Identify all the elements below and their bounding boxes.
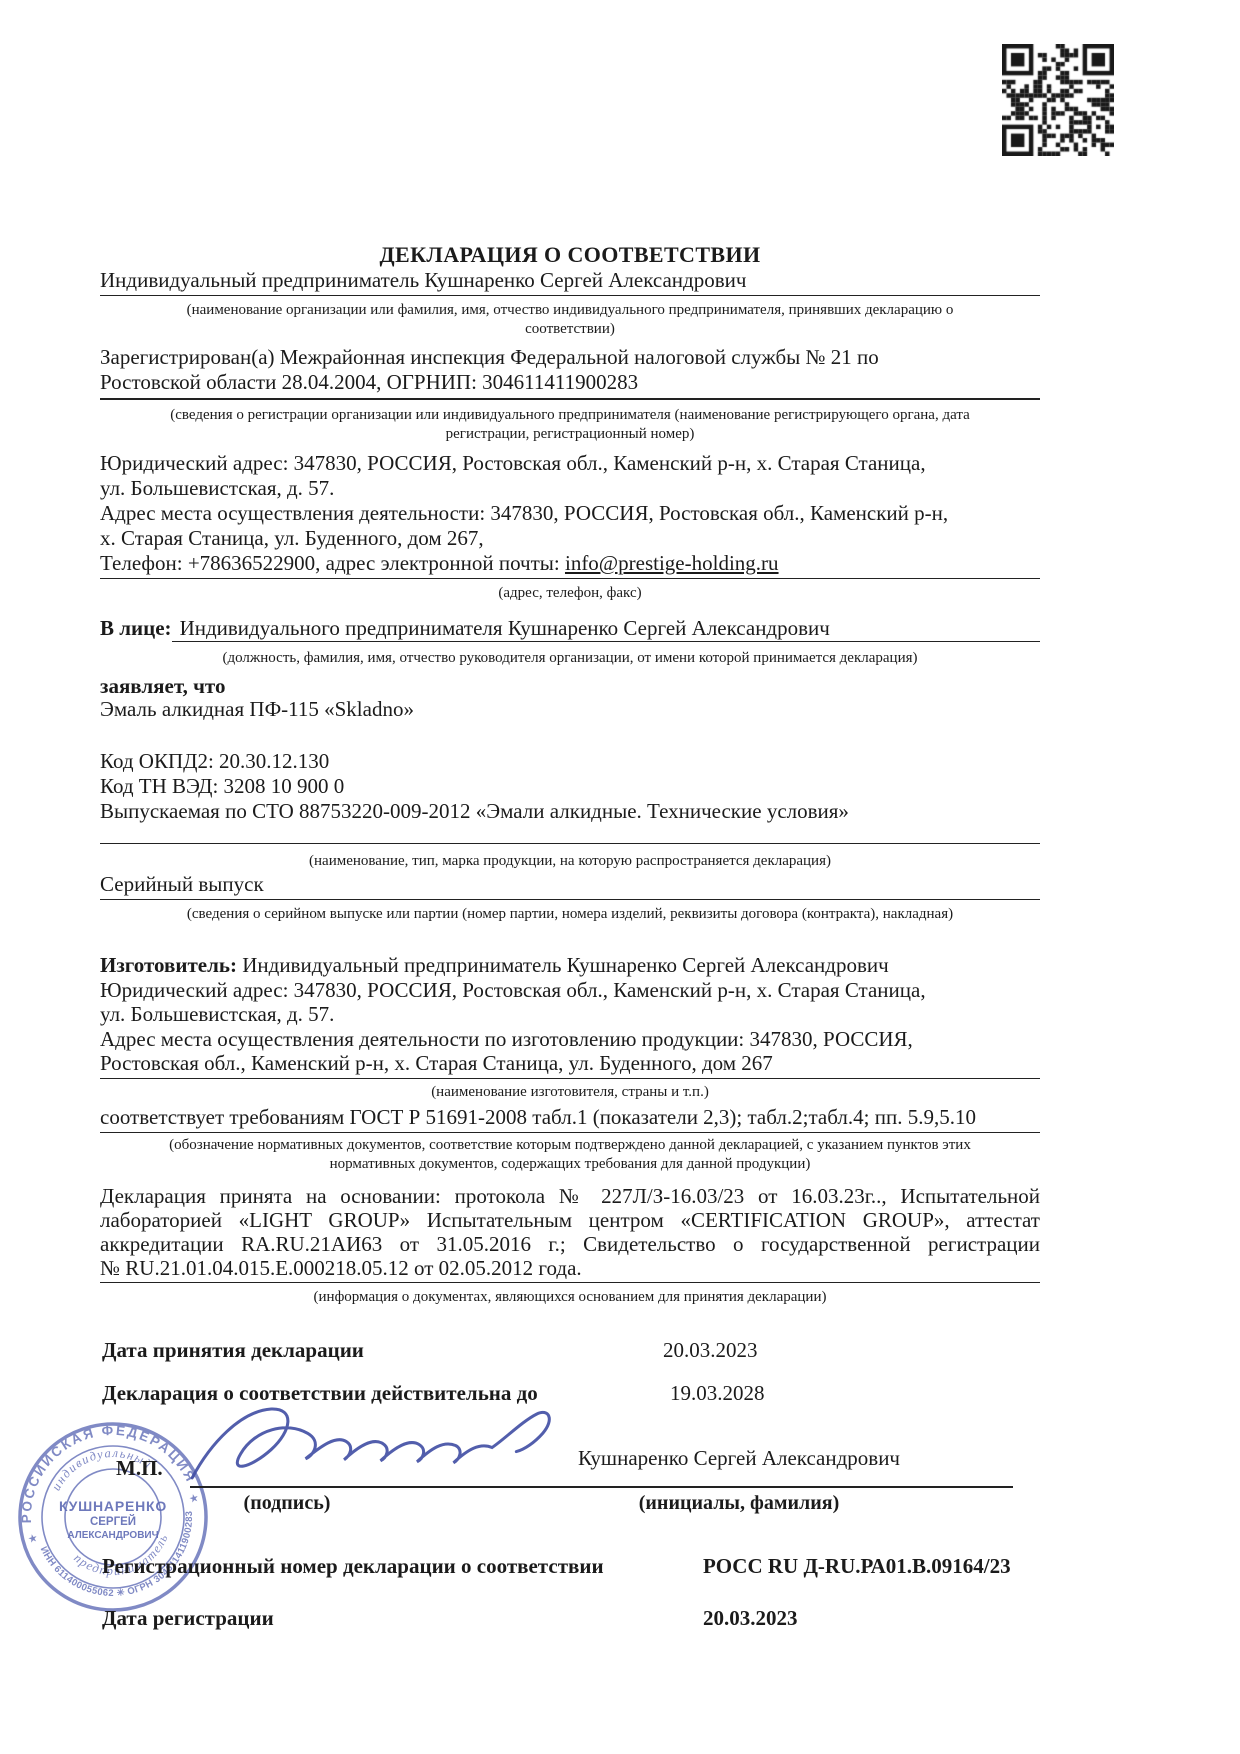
representative-line: В лице: Индивидуального предпринимателя … — [100, 616, 1040, 642]
declaration-document: ДЕКЛАРАЦИЯ О СООТВЕТСТВИИ Индивидуальный… — [0, 0, 1240, 1754]
declares-lead: заявляет, что — [100, 674, 1040, 699]
blank-field-rule — [100, 843, 1040, 844]
representative-label: В лице: — [100, 616, 172, 641]
product-name: Эмаль алкидная ПФ-115 «Skladno» — [100, 697, 1040, 722]
tnved-code: Код ТН ВЭД: 3208 10 900 0 — [100, 774, 1040, 799]
basis-caption: (информация о документах, являющихся осн… — [100, 1288, 1040, 1307]
signature-caption: (подпись) — [192, 1492, 382, 1515]
signer-name-line — [465, 1486, 1013, 1488]
conformity-requirements: соответствует требованиям ГОСТ Р 51691-2… — [100, 1105, 1040, 1133]
representative-caption: (должность, фамилия, имя, отчество руков… — [100, 649, 1040, 668]
registration-date-label: Дата регистрации — [102, 1606, 274, 1631]
email-address: info@prestige-holding.ru — [565, 551, 779, 575]
document-title: ДЕКЛАРАЦИЯ О СООТВЕТСТВИИ — [100, 242, 1040, 268]
sto-line: Выпускаемая по СТО 88753220-009-2012 «Эм… — [100, 799, 1040, 824]
adoption-date-value: 20.03.2023 — [663, 1338, 758, 1363]
registration-number-value: РОСС RU Д-RU.РА01.В.09164/23 — [703, 1554, 1011, 1579]
qr-code — [1002, 44, 1114, 156]
registration-number-label: Регистрационный номер декларации о соотв… — [102, 1554, 604, 1579]
manufacturer-block: Изготовитель: Индивидуальный предпринима… — [100, 953, 1040, 1079]
okpd2-code: Код ОКПД2: 20.30.12.130 — [100, 749, 1040, 774]
signature-image — [182, 1396, 567, 1494]
mp-mark: М.П. — [116, 1456, 163, 1481]
declaration-basis: Декларация принята на основании: протоко… — [100, 1184, 1040, 1283]
serial-release: Серийный выпуск — [100, 872, 1040, 900]
serial-caption: (сведения о серийном выпуске или партии … — [100, 905, 1040, 924]
representative-value: Индивидуального предпринимателя Кушнарен… — [172, 616, 1040, 642]
stamp-center-firstname: СЕРГЕЙ — [90, 1515, 136, 1528]
registration-info: Зарегистрирован(а) Межрайонная инспекция… — [100, 345, 1040, 400]
declarant-addresses: Юридический адрес: 347830, РОССИЯ, Росто… — [100, 451, 1040, 551]
requirements-caption: (обозначение нормативных документов, соо… — [100, 1136, 1040, 1174]
product-codes: Код ОКПД2: 20.30.12.130 Код ТН ВЭД: 3208… — [100, 749, 1040, 824]
stamp-center-surname: КУШНАРЕНКО — [59, 1498, 167, 1514]
valid-until-value: 19.03.2028 — [670, 1381, 765, 1406]
product-caption: (наименование, тип, марка продукции, на … — [100, 852, 1040, 871]
stamp-star-left: ★ — [27, 1532, 40, 1546]
registration-date-value: 20.03.2023 — [703, 1606, 798, 1631]
declarant-name: Индивидуальный предприниматель Кушнаренк… — [100, 268, 1040, 296]
manufacturer-caption: (наименование изготовителя, страны и т.п… — [100, 1083, 1040, 1102]
manufacturer-label: Изготовитель: — [100, 953, 237, 977]
registration-caption: (сведения о регистрации организации или … — [100, 406, 1040, 444]
stamp-center-patronymic: АЛЕКСАНДРОВИЧ — [67, 1530, 158, 1541]
adoption-date-label: Дата принятия декларации — [102, 1338, 364, 1363]
contact-caption: (адрес, телефон, факс) — [100, 584, 1040, 603]
signer-name-caption: (инициалы, фамилия) — [465, 1492, 1013, 1515]
signer-name: Кушнаренко Сергей Александрович — [465, 1446, 1013, 1471]
declarant-name-caption: (наименование организации или фамилия, и… — [100, 301, 1040, 339]
manufacturer-name: Индивидуальный предприниматель Кушнаренк… — [242, 953, 888, 977]
contact-line: Телефон: +78636522900, адрес электронной… — [100, 551, 1040, 579]
